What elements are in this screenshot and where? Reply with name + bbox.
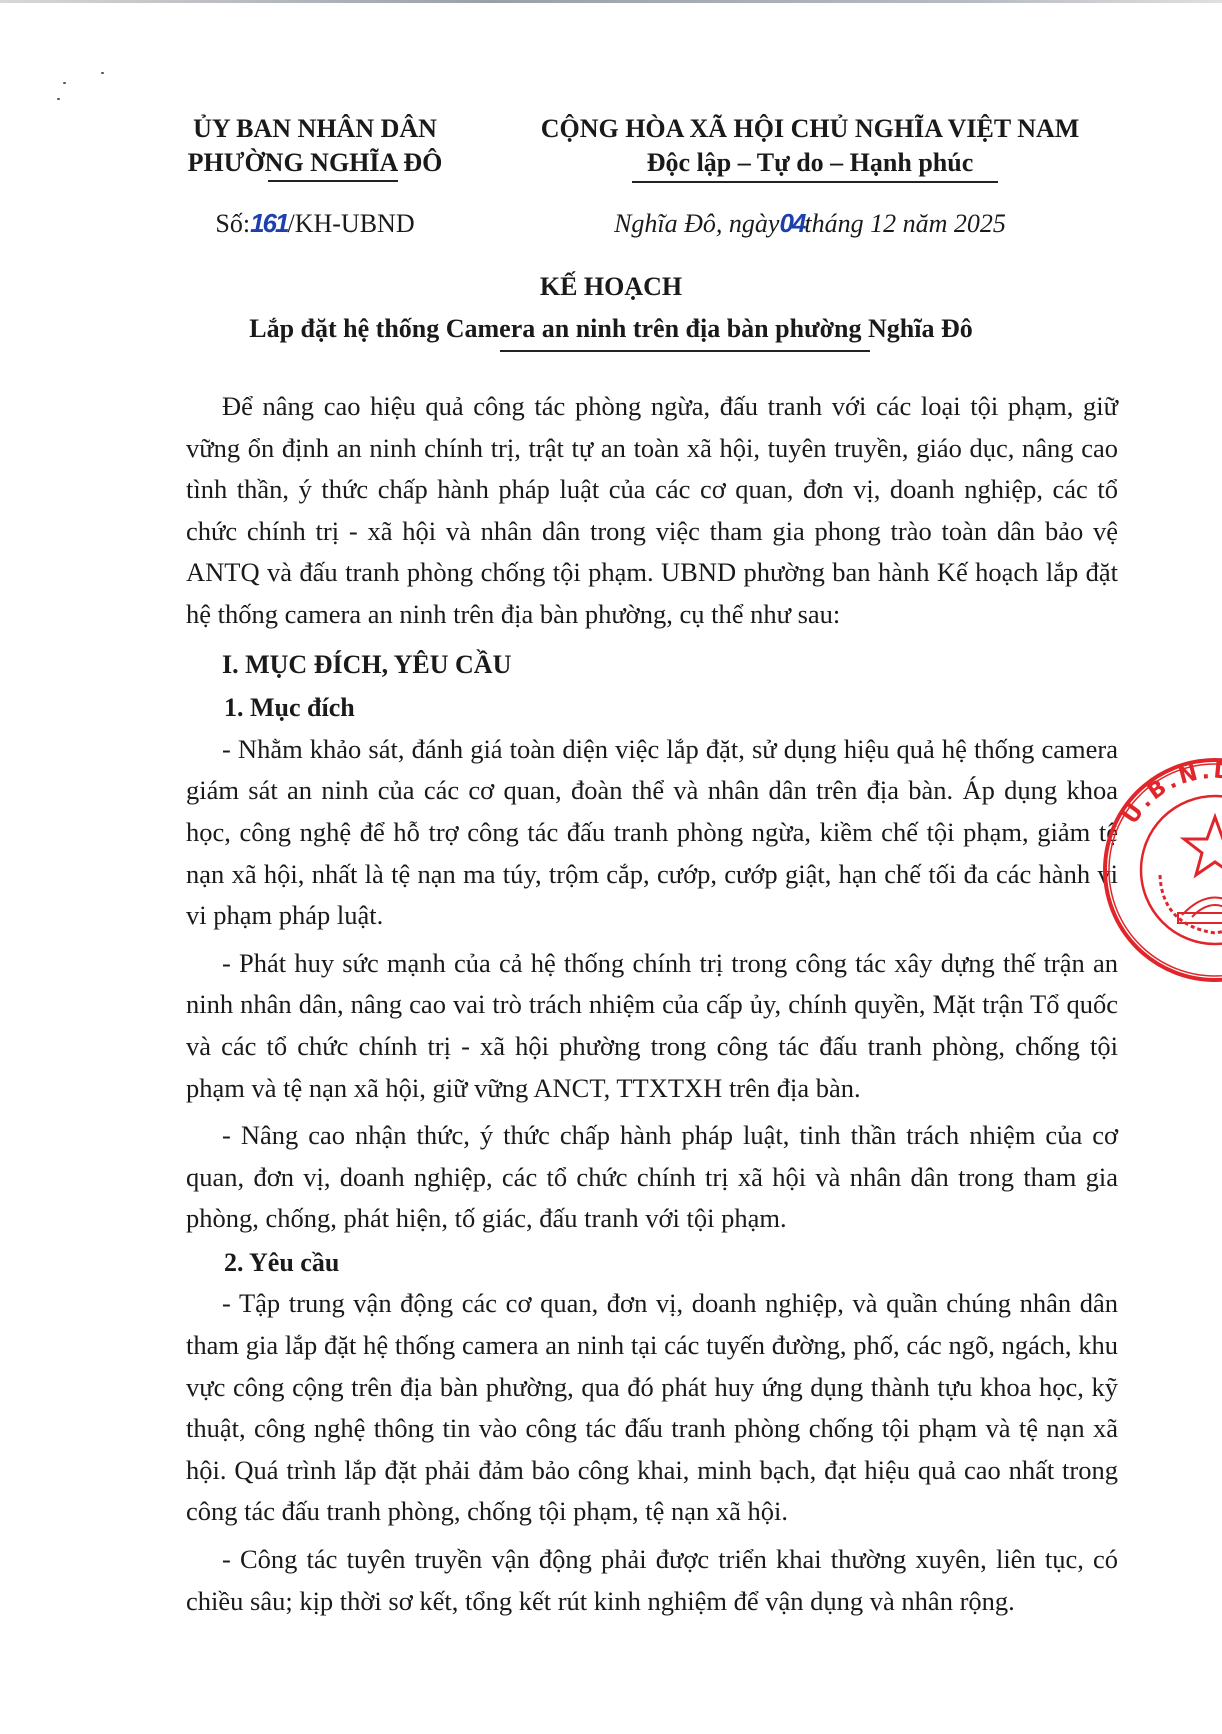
requirement-item: - Công tác tuyên truyền vận động phải đư… [186,1539,1118,1622]
national-emblem-stamp-icon: U.B.N.D PHƯỜNG NGH [1100,755,1222,985]
subtitle-underline [500,350,870,352]
date-day-handwritten: 04 [779,208,804,238]
document-number-suffix: /KH-UBND [287,209,414,238]
document-body: Để nâng cao hiệu quả công tác phòng ngừa… [186,386,1118,1622]
intro-paragraph: Để nâng cao hiệu quả công tác phòng ngừa… [186,386,1118,636]
subsection-heading-purpose: 1. Mục đích [186,687,1118,729]
document-number: Số:161/KH-UBND [150,206,480,241]
purpose-item: - Nhằm khảo sát, đánh giá toàn diện việc… [186,729,1118,937]
purpose-item: - Phát huy sức mạnh của cả hệ thống chín… [186,943,1118,1109]
document-date: Nghĩa Đô, ngày04tháng 12 năm 2025 [510,206,1110,241]
national-motto: Độc lập – Tự do – Hạnh phúc [510,146,1110,180]
scan-edge [0,0,1222,3]
subsection-heading-requirements: 2. Yêu cầu [186,1242,1118,1284]
official-seal-stamp: U.B.N.D PHƯỜNG NGH [1100,755,1222,985]
issuer-block: ỦY BAN NHÂN DÂN PHƯỜNG NGHĨA ĐÔ [150,112,480,180]
scan-specks [55,80,115,120]
section-heading-1: I. MỤC ĐÍCH, YÊU CẦU [186,644,1118,686]
document-subtitle: Lắp đặt hệ thống Camera an ninh trên địa… [0,312,1222,346]
document-number-prefix: Số: [215,209,250,238]
issuer-line-1: ỦY BAN NHÂN DÂN [150,112,480,146]
motto-underline [632,181,998,183]
national-header: CỘNG HÒA XÃ HỘI CHỦ NGHĨA VIỆT NAM Độc l… [510,112,1110,180]
date-suffix: tháng 12 năm 2025 [804,209,1006,238]
issuer-underline [268,180,398,182]
date-prefix: Nghĩa Đô, ngày [614,209,779,238]
document-number-handwritten: 161 [250,208,287,238]
national-title: CỘNG HÒA XÃ HỘI CHỦ NGHĨA VIỆT NAM [510,112,1110,146]
purpose-item: - Nâng cao nhận thức, ý thức chấp hành p… [186,1115,1118,1240]
issuer-line-2: PHƯỜNG NGHĨA ĐÔ [150,146,480,180]
requirement-item: - Tập trung vận động các cơ quan, đơn vị… [186,1283,1118,1533]
document-title: KẾ HOẠCH [0,270,1222,304]
